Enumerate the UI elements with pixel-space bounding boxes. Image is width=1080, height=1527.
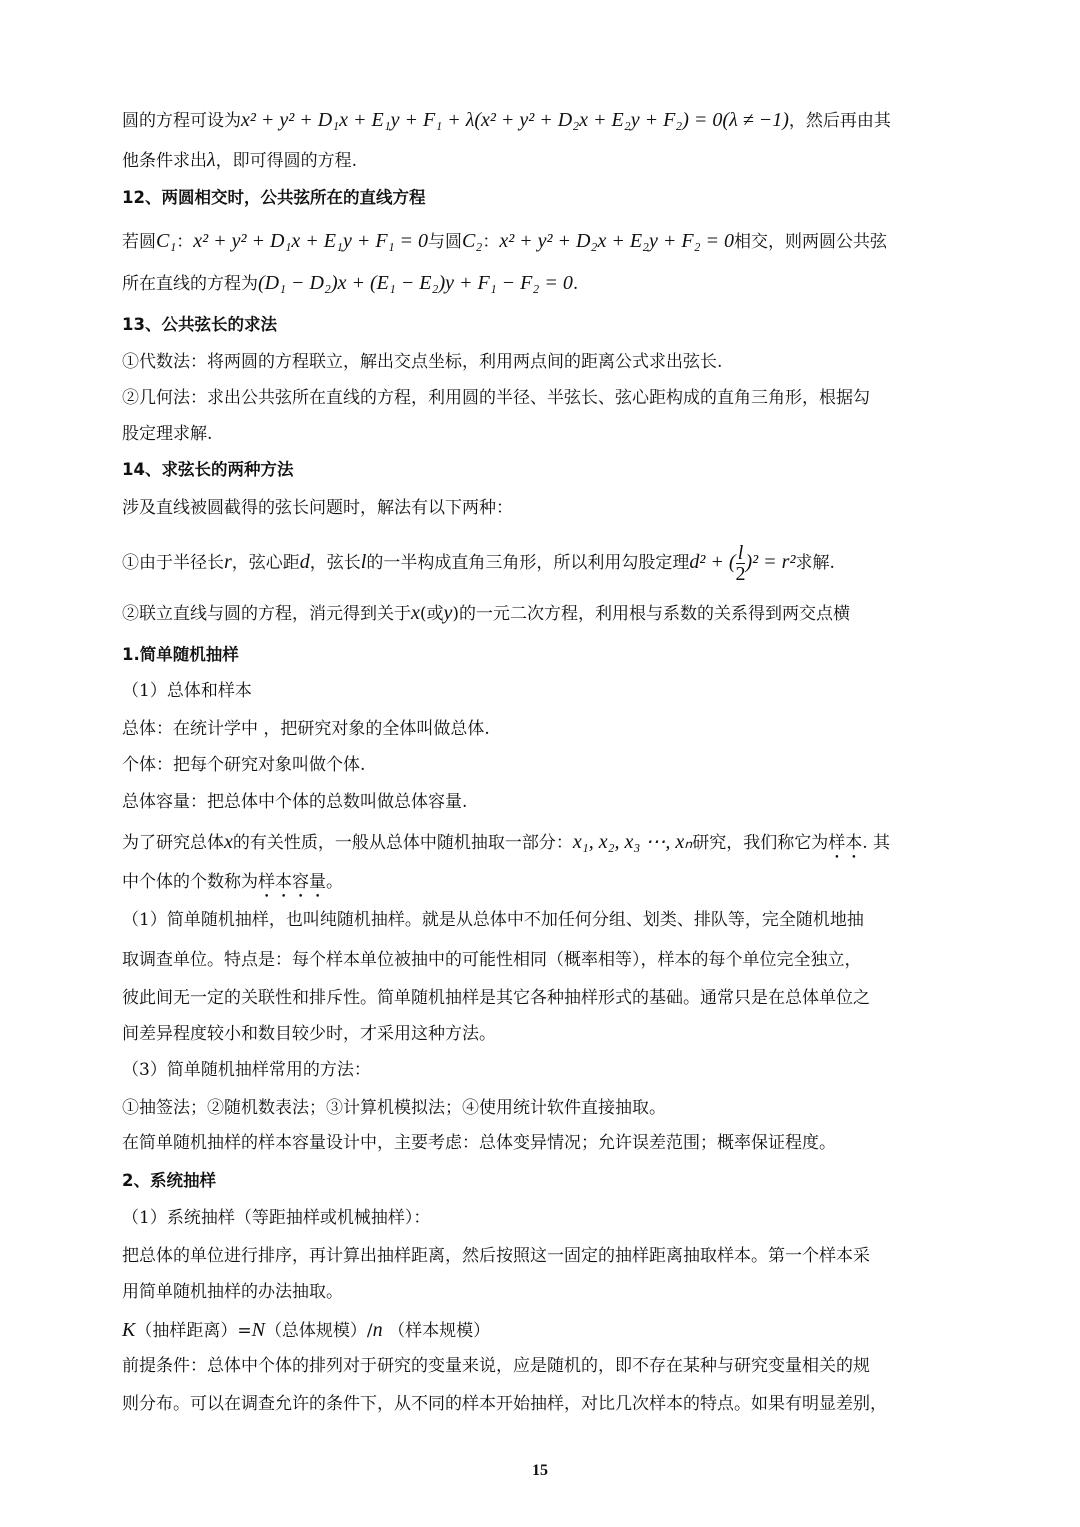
text: 圆的方程可设为	[122, 111, 241, 131]
emphasized-term-sample-size: 样本容量	[258, 872, 326, 892]
text: 的一半构成直角三角形，所以利用勾股定理	[366, 553, 689, 573]
text: ，弦长	[310, 553, 361, 573]
text: 为了研究总体	[122, 833, 224, 853]
text-line: 所在直线的方程为(D₁ − D₂)x + (E₁ − E₂)y + F₁ − F…	[122, 271, 962, 296]
circle-family-equation: x² + y² + D₁x + E₁y + F₁ + λ(x² + y² + D…	[241, 109, 789, 131]
circle-c2-label: C₂	[462, 230, 482, 252]
page-number: 15	[0, 1462, 1080, 1480]
text: 的有关性质，一般从总体中随机抽取一部分：	[233, 833, 573, 853]
section-heading-2: 2、系统抽样	[122, 1169, 962, 1193]
emphasized-term-sample: 样本	[828, 833, 862, 853]
text: ②联立直线与圆的方程，消元得到关于	[122, 604, 411, 624]
text: (或	[420, 604, 444, 624]
text-line: ①由于半径长r，弦心距d，弦长l的一半构成直角三角形，所以利用勾股定理d² + …	[122, 540, 962, 585]
text-line: 总体：在统计学中 ，把研究对象的全体叫做总体.	[122, 717, 962, 741]
text-line: （1）总体和样本	[122, 679, 962, 703]
sample-sequence: x₁, x₂, x₃ ⋯, xₙ	[573, 831, 692, 853]
text-line: 涉及直线被圆截得的弦长问题时，解法有以下两种：	[122, 496, 962, 520]
text: ①由于半径长	[122, 553, 224, 573]
variable-x: x	[411, 602, 420, 624]
radius-symbol: r	[224, 551, 232, 573]
text: 他条件求出	[122, 151, 207, 171]
variable-n: n	[373, 1319, 383, 1341]
text-line: 把总体的单位进行排序，再计算出抽样距离，然后按照这一固定的抽样距离抽取样本。第一…	[122, 1244, 962, 1268]
distance-symbol: d	[300, 551, 310, 573]
variable-N: N	[252, 1319, 265, 1341]
text: . 其	[862, 833, 890, 853]
text-line: 他条件求出λ，即可得圆的方程.	[122, 148, 962, 173]
text: 研究，我们称它为	[692, 833, 828, 853]
circle-c2-equation: x² + y² + D₂x + E₂y + F₂ = 0	[499, 230, 734, 252]
text-line: （1）系统抽样（等距抽样或机械抽样）：	[122, 1206, 962, 1230]
section-heading-1: 1.简单随机抽样	[122, 643, 962, 667]
fraction: l2	[736, 543, 746, 584]
text: 与圆	[428, 232, 462, 252]
text: ：	[482, 232, 499, 252]
pythagorean-formula-rest: )² = r²	[746, 551, 796, 573]
fraction-numerator: l	[736, 543, 746, 564]
text: ：	[176, 232, 193, 252]
text: 相交，则两圆公共弦	[734, 232, 887, 252]
text-line: 则分布。可以在调查允许的条件下，从不同的样本开始抽样，对比几次样本的特点。如果有…	[122, 1392, 962, 1416]
text: 所在直线的方程为	[122, 274, 258, 294]
text: 中个体的个数称为	[122, 872, 258, 892]
text: 。	[326, 872, 343, 892]
text-line: 用简单随机抽样的办法抽取。	[122, 1280, 962, 1304]
common-chord-equation: (D₁ − D₂)x + (E₁ − E₂)y + F₁ − F₂ = 0	[258, 272, 573, 294]
text-line: ②几何法：求出公共弦所在直线的方程，利用圆的半径、半弦长、弦心距构成的直角三角形…	[122, 386, 962, 410]
text-line: 个体：把每个研究对象叫做个体.	[122, 753, 962, 777]
section-heading-13: 13、公共弦长的求法	[122, 313, 962, 337]
text: 求解.	[795, 553, 834, 573]
text-line: ①代数法：将两圆的方程联立，解出交点坐标，利用两点间的距离公式求出弦长.	[122, 350, 962, 374]
text-line: 若圆C₁：x² + y² + D₁x + E₁y + F₁ = 0与圆C₂：x²…	[122, 229, 962, 254]
pythagorean-formula: d² + (	[689, 551, 735, 573]
circle-c1-label: C₁	[156, 230, 176, 252]
text: （总体规模）/	[265, 1321, 373, 1341]
text-line: 总体容量：把总体中个体的总数叫做总体容量.	[122, 790, 962, 814]
circle-c1-equation: x² + y² + D₁x + E₁y + F₁ = 0	[193, 230, 428, 252]
text-line: K（抽样距离）=N（总体规模）/n （样本规模）	[122, 1318, 962, 1343]
variable-x: x	[224, 831, 233, 853]
text: ，即可得圆的方程.	[216, 151, 357, 171]
text-line: 前提条件：总体中个体的排列对于研究的变量来说，应是随机的，即不存在某种与研究变量…	[122, 1354, 962, 1378]
text: （抽样距离）=	[135, 1321, 251, 1341]
text: 若圆	[122, 232, 156, 252]
text-line: 取调查单位。特点是：每个样本单位被抽中的可能性相同（概率相等），样本的每个单位完…	[122, 948, 962, 972]
text-line: 股定理求解.	[122, 422, 962, 446]
text-line: 为了研究总体x的有关性质，一般从总体中随机抽取一部分：x₁, x₂, x₃ ⋯,…	[122, 830, 962, 863]
lambda-symbol: λ	[207, 149, 216, 171]
section-heading-14: 14、求弦长的两种方法	[122, 458, 962, 482]
text: ，然后再由其	[789, 111, 891, 131]
text: )的一元二次方程，利用根与系数的关系得到两交点横	[452, 604, 850, 624]
text-line: 中个体的个数称为样本容量。	[122, 870, 962, 902]
fraction-denominator: 2	[736, 564, 746, 584]
text-line: 彼此间无一定的关联性和排斥性。简单随机抽样是其它各种抽样形式的基础。通常只是在总…	[122, 986, 962, 1010]
text: ，弦心距	[232, 553, 300, 573]
text: .	[573, 274, 578, 294]
section-heading-12: 12、两圆相交时，公共弦所在的直线方程	[122, 186, 962, 210]
text-line: ②联立直线与圆的方程，消元得到关于x(或y)的一元二次方程，利用根与系数的关系得…	[122, 601, 962, 626]
text: （样本规模）	[383, 1321, 490, 1341]
text-line: （1）简单随机抽样，也叫纯随机抽样。就是从总体中不加任何分组、划类、排队等，完全…	[122, 908, 962, 932]
variable-k: K	[122, 1319, 135, 1341]
text-line: （3）简单随机抽样常用的方法：	[122, 1058, 962, 1082]
text-line: 圆的方程可设为x² + y² + D₁x + E₁y + F₁ + λ(x² +…	[122, 108, 962, 133]
text-line: 间差异程度较小和数目较少时，才采用这种方法。	[122, 1022, 962, 1046]
text-line: ①抽签法；②随机数表法；③计算机模拟法；④使用统计软件直接抽取。	[122, 1096, 962, 1120]
text-line: 在简单随机抽样的样本容量设计中，主要考虑：总体变异情况；允许误差范围；概率保证程…	[122, 1131, 962, 1155]
